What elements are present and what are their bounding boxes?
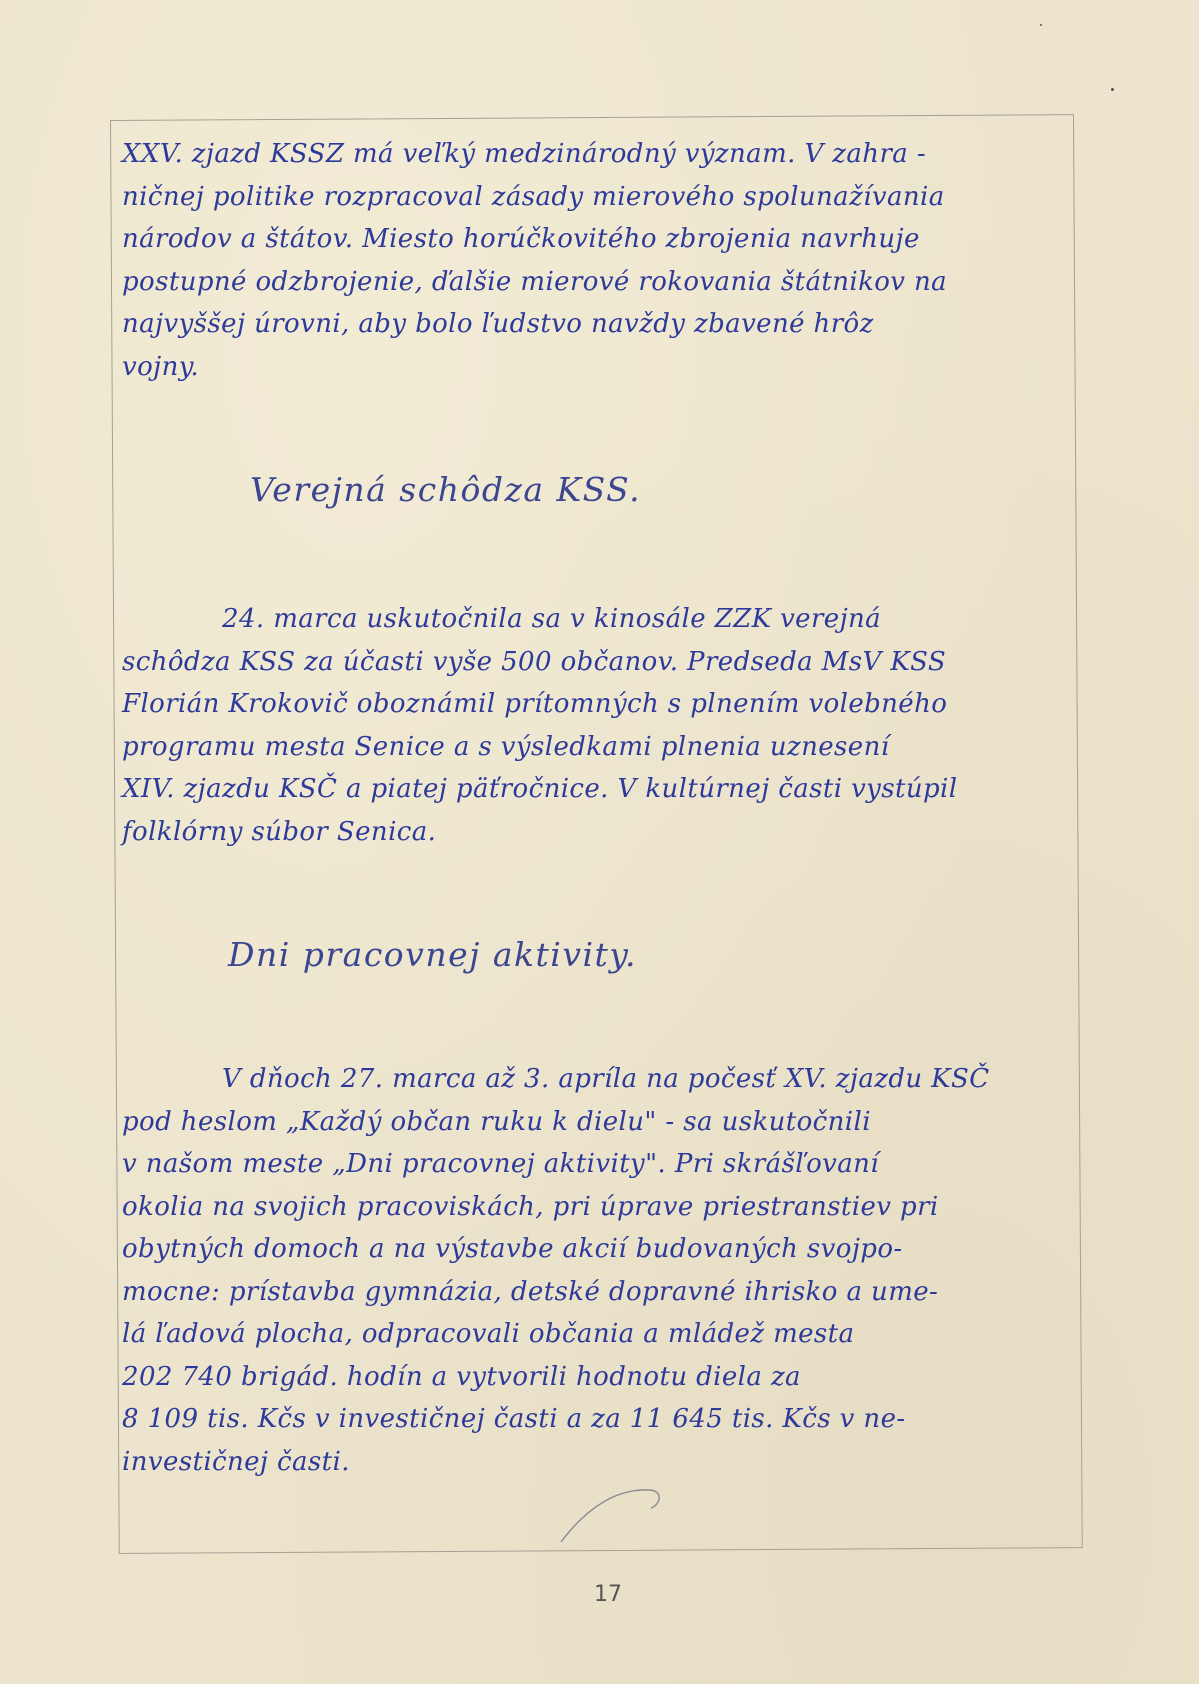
text-line: XIV. zjazdu KSČ a piatej päťročnice. V k… (122, 768, 1057, 811)
text-line: 8 109 tis. Kčs v investičnej časti a za … (122, 1398, 1057, 1441)
text-line: programu mesta Senice a s výsledkami pln… (122, 726, 1057, 769)
paper-speck (1111, 88, 1114, 91)
paragraph-congress-significance: XXV. zjazd KSSZ má veľký medzinárodný vý… (122, 133, 1057, 388)
text-line: schôdza KSS za účasti vyše 500 občanov. … (122, 641, 1057, 684)
text-line: najvyššej úrovni, aby bolo ľudstvo navžd… (122, 303, 1057, 346)
paragraph-public-meeting: 24. marca uskutočnila sa v kinosále ZZK … (122, 598, 1057, 853)
text-line: národov a štátov. Miesto horúčkovitého z… (122, 218, 1057, 261)
text-line: v našom meste „Dni pracovnej aktivity". … (122, 1143, 1057, 1186)
text-line: investičnej časti. (122, 1441, 1057, 1484)
text-line: vojny. (122, 346, 1057, 389)
paper-speck (1040, 24, 1042, 26)
text-line: V dňoch 27. marca až 3. apríla na počesť… (122, 1058, 1057, 1101)
text-line: 24. marca uskutočnila sa v kinosále ZZK … (122, 598, 1057, 641)
end-flourish-mark (555, 1480, 665, 1550)
section-heading-work-activity-days: Dni pracovnej aktivity. (228, 935, 637, 974)
text-line: lá ľadová plocha, odpracovali občania a … (122, 1313, 1057, 1356)
text-line: postupné odzbrojenie, ďalšie mierové rok… (122, 261, 1057, 304)
text-line: obytných domoch a na výstavbe akcií budo… (122, 1228, 1057, 1271)
text-line: 202 740 brigád. hodín a vytvorili hodnot… (122, 1356, 1057, 1399)
text-line: okolia na svojich pracoviskách, pri úpra… (122, 1186, 1057, 1229)
paragraph-work-activity-days: V dňoch 27. marca až 3. apríla na počesť… (122, 1058, 1057, 1483)
section-heading-public-meeting: Verejná schôdza KSS. (250, 470, 641, 509)
text-line: Florián Krokovič oboznámil prítomných s … (122, 683, 1057, 726)
text-line: XXV. zjazd KSSZ má veľký medzinárodný vý… (122, 133, 1057, 176)
text-line: mocne: prístavba gymnázia, detské doprav… (122, 1271, 1057, 1314)
text-line: pod heslom „Každý občan ruku k dielu" - … (122, 1101, 1057, 1144)
page-number: 17 (594, 1582, 622, 1607)
text-line: ničnej politike rozpracoval zásady miero… (122, 176, 1057, 219)
text-line: folklórny súbor Senica. (122, 811, 1057, 854)
